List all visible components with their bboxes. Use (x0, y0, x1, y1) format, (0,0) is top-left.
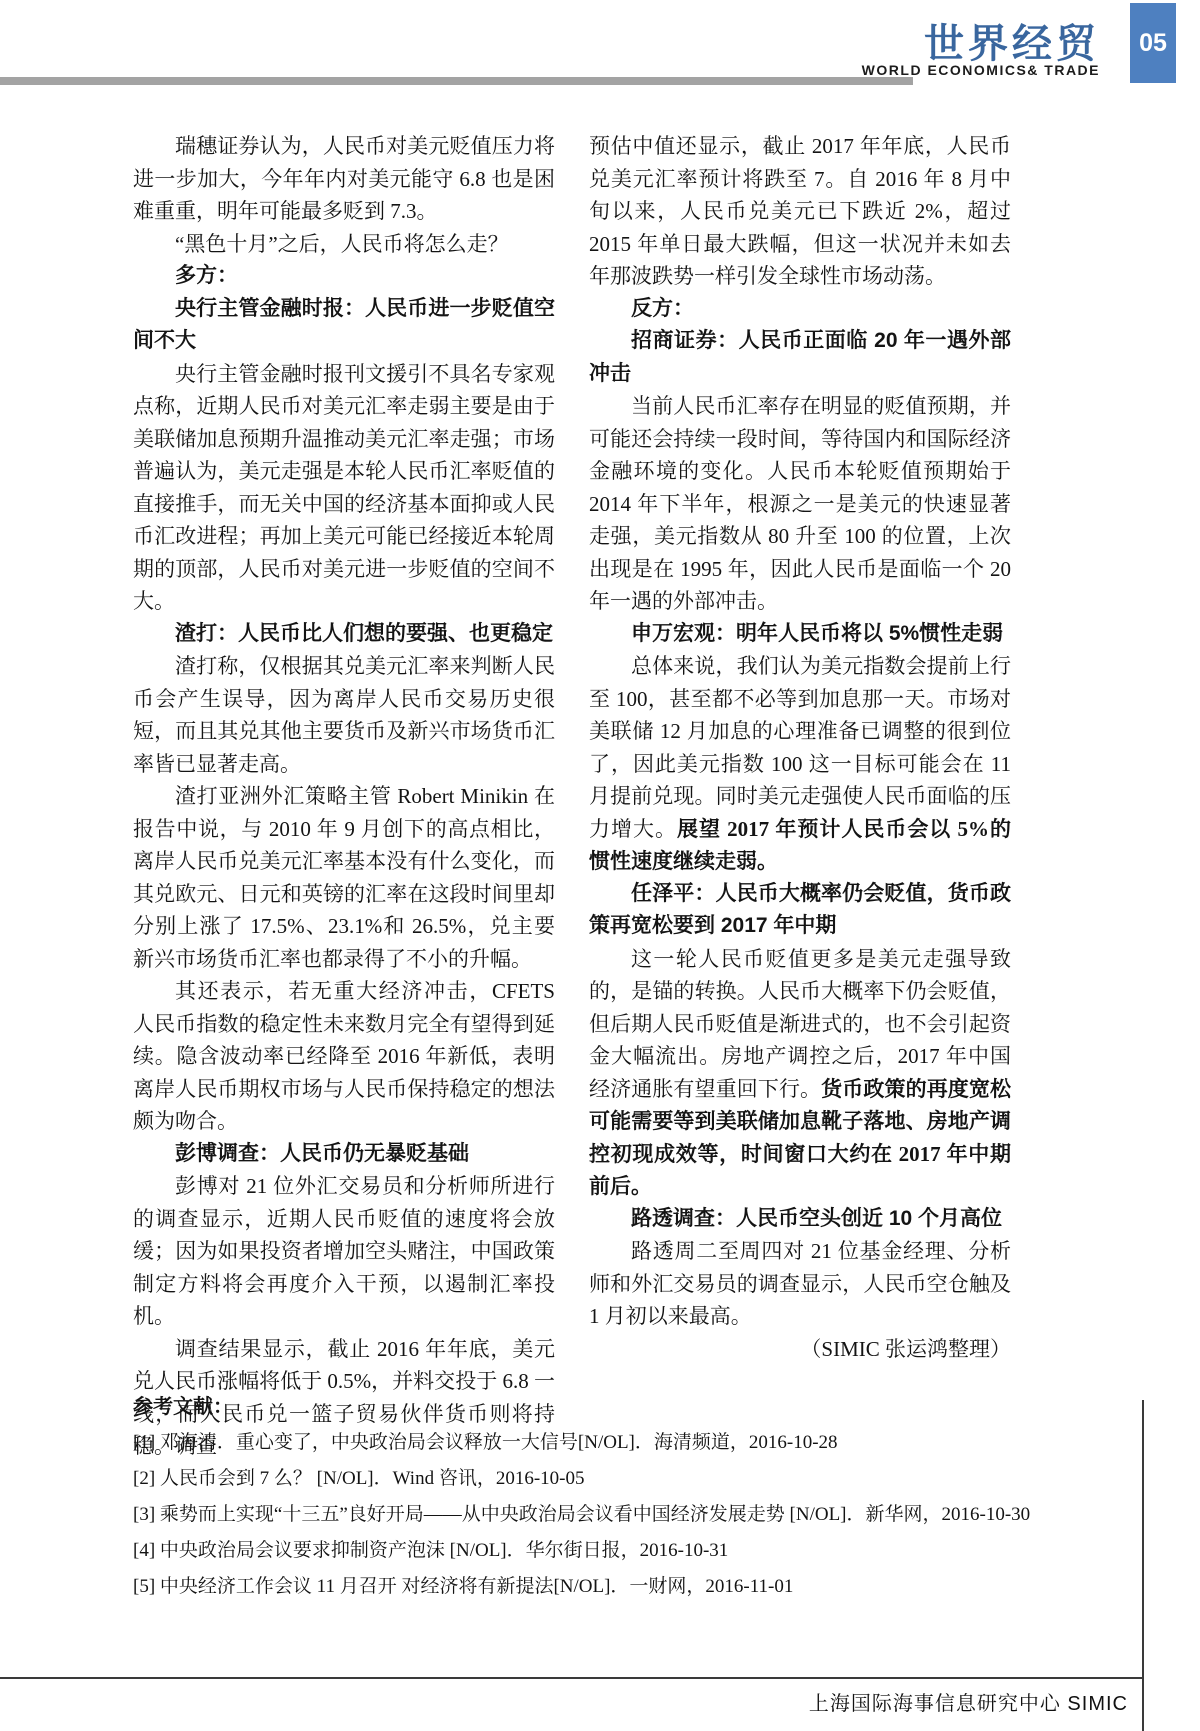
text-run: 瑞穗证券认为，人民币对美元贬值压力将进一步加大，今年年内对美元能守 6.8 也是… (133, 134, 555, 223)
text-run: 渣打：人民币比人们想的要强、也更稳定 (175, 622, 553, 645)
paragraph: 其还表示，若无重大经济冲击，CFETS 人民币指数的稳定性未来数月完全有望得到延… (133, 975, 555, 1138)
paragraph: 预估中值还显示，截止 2017 年年底，人民币兑美元汇率预计将跌至 7。自 20… (589, 130, 1011, 293)
text-run: （SIMIC 张运鸿整理） (800, 1337, 1011, 1361)
text-run: [1] 邓海清．重心变了，中央政治局会议释放一大信号[N/OL]．海清频道，20… (133, 1432, 838, 1453)
section-heading: 多方： (133, 260, 555, 293)
text-run: 任泽平：人民币大概率仍会贬值，货币政策再宽松要到 2017 年中期 (589, 882, 1011, 938)
text-run: [4] 中央政治局会议要求抑制资产泡沫 [N/OL]．华尔街日报，2016-10… (133, 1540, 728, 1561)
text-run: 申万宏观：明年人民币将以 5%惯性走弱 (631, 622, 1003, 645)
footer-rule (0, 1677, 1143, 1679)
references-list: [1] 邓海清．重心变了，中央政治局会议释放一大信号[N/OL]．海清频道，20… (133, 1425, 1058, 1605)
text-run: 招商证券：人民币正面临 20 年一遇外部冲击 (589, 329, 1011, 385)
section-heading: 任泽平：人民币大概率仍会贬值，货币政策再宽松要到 2017 年中期 (589, 878, 1011, 943)
references-section: 参考文献： [1] 邓海清．重心变了，中央政治局会议释放一大信号[N/OL]．海… (133, 1389, 1058, 1605)
page-number: 05 (1139, 29, 1167, 58)
right-column: 预估中值还显示，截止 2017 年年底，人民币兑美元汇率预计将跌至 7。自 20… (589, 130, 1011, 1463)
text-run: 渣打亚洲外汇策略主管 Robert Minikin 在报告中说，与 2010 年… (133, 784, 555, 971)
text-run: [5] 中央经济工作会议 11 月召开 对经济将有新提法[N/OL]．一财网，2… (133, 1576, 793, 1597)
text-run: 路透调查：人民币空头创近 10 个月高位 (631, 1207, 1002, 1230)
publisher: 上海国际海事信息研究中心 SIMIC (809, 1687, 1128, 1716)
paragraph: 路透周二至周四对 21 位基金经理、分析师和外汇交易员的调查显示，人民币空仓触及… (589, 1235, 1011, 1333)
reference-item: [4] 中央政治局会议要求抑制资产泡沫 [N/OL]．华尔街日报，2016-10… (133, 1533, 1058, 1569)
page-number-badge: 05 (1130, 3, 1176, 83)
text-run: 反方： (631, 297, 694, 320)
paragraph: 当前人民币汇率存在明显的贬值预期，并可能还会持续一段时间，等待国内和国际经济金融… (589, 390, 1011, 618)
signoff: （SIMIC 张运鸿整理） (589, 1333, 1011, 1366)
paragraph: 央行主管金融时报刊文援引不具名专家观点称，近期人民币对美元汇率走弱主要是由于美联… (133, 358, 555, 618)
text-run: 央行主管金融时报刊文援引不具名专家观点称，近期人民币对美元汇率走弱主要是由于美联… (133, 362, 555, 614)
text-run: 其还表示，若无重大经济冲击，CFETS 人民币指数的稳定性未来数月完全有望得到延… (133, 979, 555, 1133)
section-heading: 申万宏观：明年人民币将以 5%惯性走弱 (589, 618, 1011, 651)
header-rule (0, 77, 913, 85)
page-title: 世界经贸 (924, 12, 1100, 69)
section-heading: 反方： (589, 293, 1011, 326)
text-run: 路透周二至周四对 21 位基金经理、分析师和外汇交易员的调查显示，人民币空仓触及… (589, 1239, 1011, 1328)
text-run: [3] 乘势而上实现“十三五”良好开局——从中央政治局会议看中国经济发展走势 [… (133, 1504, 1030, 1525)
paragraph: 彭博对 21 位外汇交易员和分析师所进行的调查显示，近期人民币贬值的速度将会放缓… (133, 1170, 555, 1333)
text-run: 彭博对 21 位外汇交易员和分析师所进行的调查显示，近期人民币贬值的速度将会放缓… (133, 1174, 555, 1328)
section-heading: 招商证券：人民币正面临 20 年一遇外部冲击 (589, 325, 1011, 390)
text-run: 预估中值还显示，截止 2017 年年底，人民币兑美元汇率预计将跌至 7。自 20… (589, 134, 1011, 288)
paragraph: 这一轮人民币贬值更多是美元走强导致的，是锚的转换。人民币大概率下仍会贬值，但后期… (589, 943, 1011, 1203)
paragraph: 瑞穗证券认为，人民币对美元贬值压力将进一步加大，今年年内对美元能守 6.8 也是… (133, 130, 555, 228)
paragraph: 总体来说，我们认为美元指数会提前上行至 100，甚至都不必等到加息那一天。市场对… (589, 650, 1011, 878)
text-run: 总体来说，我们认为美元指数会提前上行至 100，甚至都不必等到加息那一天。市场对… (589, 654, 1011, 841)
paragraph: 渣打称，仅根据其兑美元汇率来判断人民币会产生误导，因为离岸人民币交易历史很短，而… (133, 650, 555, 780)
reference-item: [2] 人民币会到 7 么？ [N/OL]．Wind 咨讯，2016-10-05 (133, 1461, 1058, 1497)
section-heading: 彭博调查：人民币仍无暴贬基础 (133, 1138, 555, 1171)
references-heading: 参考文献： (133, 1389, 1058, 1425)
right-margin-rule (1142, 1400, 1144, 1731)
left-column: 瑞穗证券认为，人民币对美元贬值压力将进一步加大，今年年内对美元能守 6.8 也是… (133, 130, 555, 1463)
text-run: 当前人民币汇率存在明显的贬值预期，并可能还会持续一段时间，等待国内和国际经济金融… (589, 394, 1011, 613)
text-run: 多方： (175, 264, 238, 287)
article-body: 瑞穗证券认为，人民币对美元贬值压力将进一步加大，今年年内对美元能守 6.8 也是… (133, 130, 1011, 1463)
section-heading: 路透调查：人民币空头创近 10 个月高位 (589, 1203, 1011, 1236)
paragraph: “黑色十月”之后，人民币将怎么走？ (133, 228, 555, 261)
page-subtitle: WORLD ECONOMICS& TRADE (862, 62, 1100, 78)
section-heading: 渣打：人民币比人们想的要强、也更稳定 (133, 618, 555, 651)
text-run: [2] 人民币会到 7 么？ [N/OL]．Wind 咨讯，2016-10-05 (133, 1468, 585, 1489)
text-run: “黑色十月”之后，人民币将怎么走？ (175, 232, 509, 256)
reference-item: [3] 乘势而上实现“十三五”良好开局——从中央政治局会议看中国经济发展走势 [… (133, 1497, 1058, 1533)
text-run: 渣打称，仅根据其兑美元汇率来判断人民币会产生误导，因为离岸人民币交易历史很短，而… (133, 654, 555, 776)
text-run: 彭博调查：人民币仍无暴贬基础 (175, 1142, 469, 1165)
paragraph: 渣打亚洲外汇策略主管 Robert Minikin 在报告中说，与 2010 年… (133, 780, 555, 975)
reference-item: [5] 中央经济工作会议 11 月召开 对经济将有新提法[N/OL]．一财网，2… (133, 1569, 1058, 1605)
text-run: 央行主管金融时报：人民币进一步贬值空间不大 (133, 297, 555, 353)
section-heading: 央行主管金融时报：人民币进一步贬值空间不大 (133, 293, 555, 358)
reference-item: [1] 邓海清．重心变了，中央政治局会议释放一大信号[N/OL]．海清频道，20… (133, 1425, 1058, 1461)
